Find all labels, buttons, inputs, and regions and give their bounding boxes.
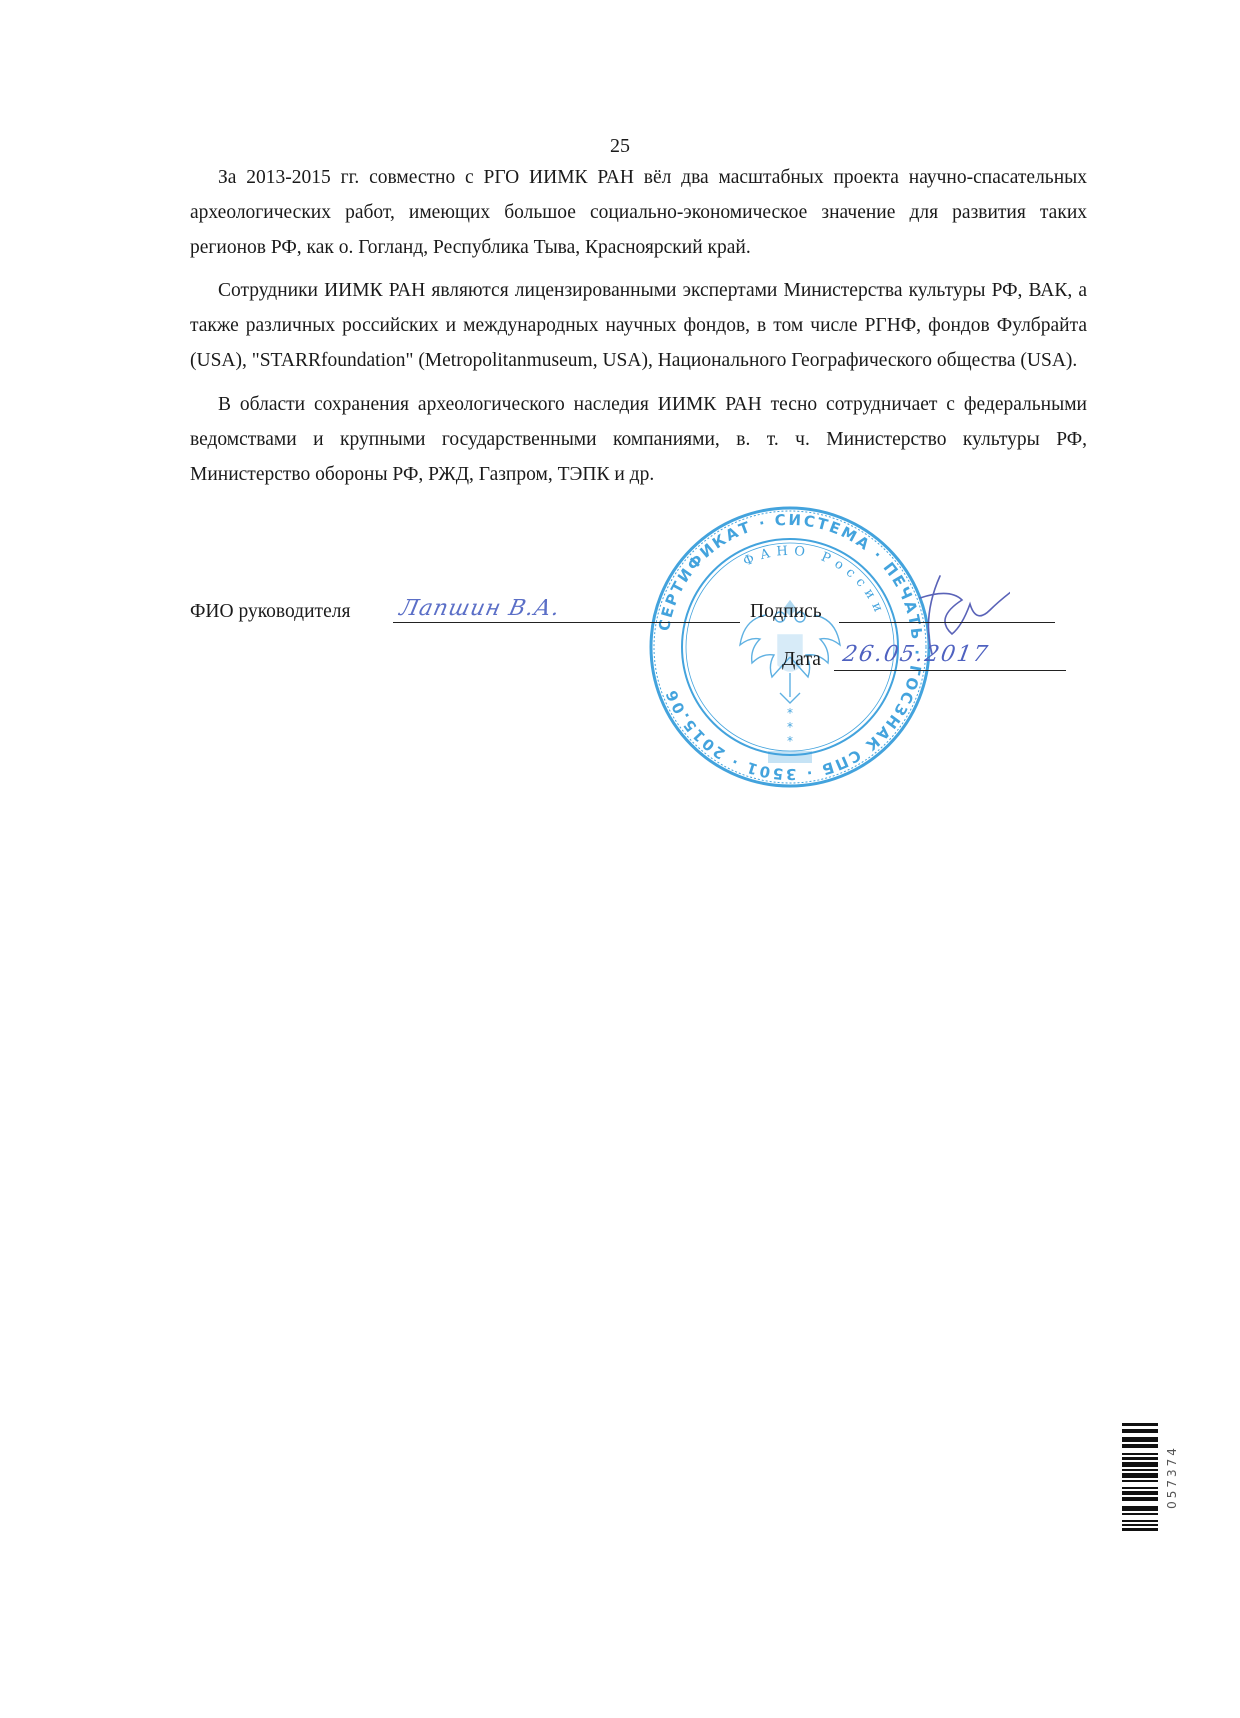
fio-handwritten-value: Лапшин В.А. [397,596,562,621]
fio-label: ФИО руководителя [190,600,350,624]
barcode [1122,1423,1158,1531]
date-handwritten-value: 26.05.2017 [841,642,991,667]
document-body: За 2013-2015 гг. совместно с РГО ИИМК РА… [190,160,1087,501]
date-underline [834,670,1066,671]
barcode-number: 057374 [1165,1437,1179,1517]
paragraph-heritage: В области сохранения археологического на… [190,387,1087,492]
signature-label: Подпись [750,600,822,624]
fio-underline [393,622,740,623]
paragraph-experts: Сотрудники ИИМК РАН являются лицензирова… [190,273,1087,378]
svg-text:*: * [787,720,793,734]
svg-text:*: * [787,734,793,748]
page-number: 25 [580,134,660,158]
signature-underline [839,622,1055,623]
date-label: Дата [782,648,821,672]
svg-text:*: * [787,706,793,720]
paragraph-projects: За 2013-2015 гг. совместно с РГО ИИМК РА… [190,160,1087,265]
